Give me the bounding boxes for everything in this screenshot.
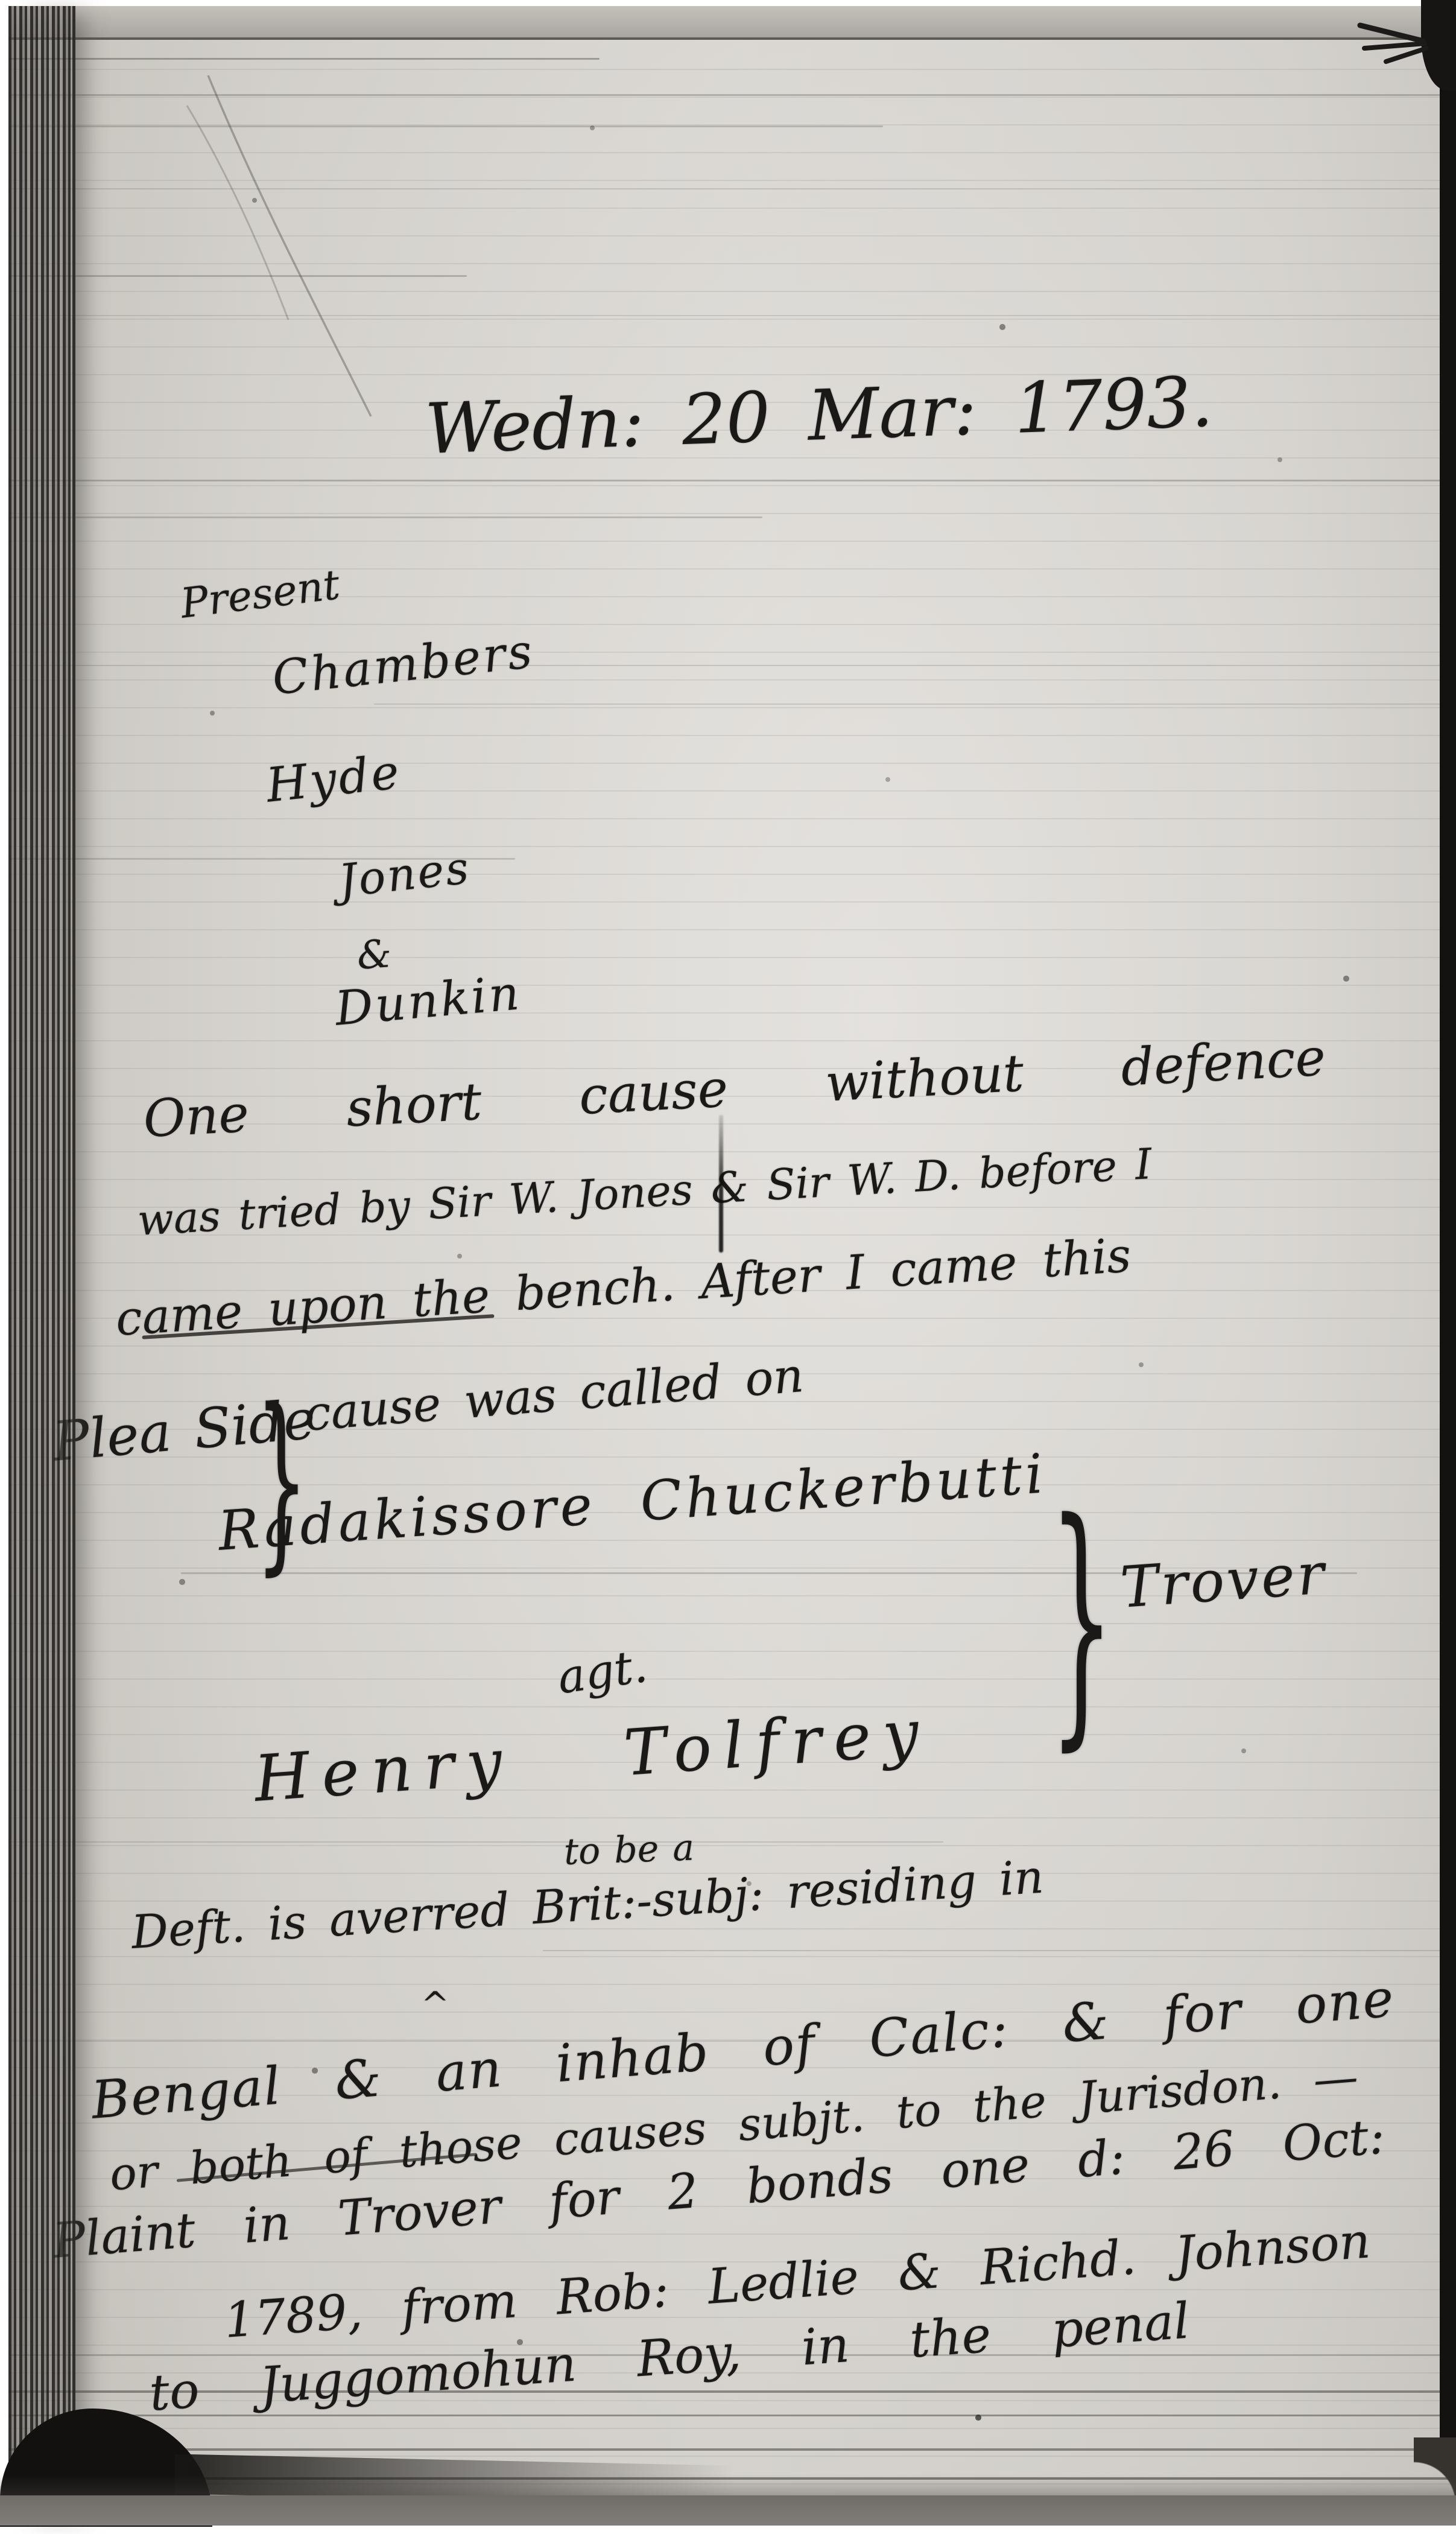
judge-ampersand: & xyxy=(355,932,393,979)
scan-streak xyxy=(8,1841,943,1843)
right-page-edge xyxy=(1440,0,1456,2456)
scan-streak xyxy=(374,703,1454,705)
manuscript-scan-page: Wedn: 20 Mar: 1793. Present Chambers Hyd… xyxy=(0,0,1456,2534)
bottom-scan-band xyxy=(0,2495,1456,2526)
case-brace: } xyxy=(1049,1466,1115,1773)
insertion-above-line: to be a xyxy=(563,1826,695,1873)
corner-pen-mark-icon xyxy=(1327,0,1456,84)
caret-mark: ^ xyxy=(421,1985,449,2024)
bottom-shade xyxy=(0,2475,1456,2497)
binding-gutter xyxy=(8,6,75,2525)
scan-streak xyxy=(8,665,1454,666)
ink-streak-artifact xyxy=(719,1115,723,1253)
scan-streak xyxy=(8,2448,1454,2451)
scan-streak xyxy=(543,1950,1454,1951)
